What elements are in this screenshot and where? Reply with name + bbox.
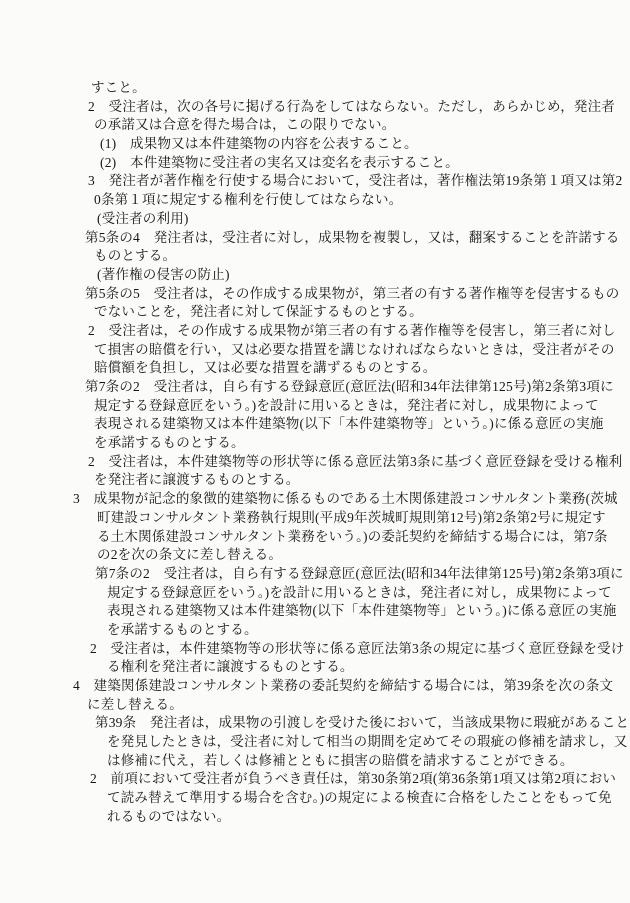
document-line: すこと。 bbox=[0, 79, 630, 98]
document-line: 規定する登録意匠をいう。)を設計に用いるときは，発注者に対し，成果物によって bbox=[0, 584, 630, 603]
document-line: 2 前項において受注者が負うべき責任は，第30条第2項(第36条第1項又は第2項… bbox=[0, 770, 630, 789]
document-line: 2 受注者は，本件建築物等の形状等に係る意匠法第3条に基づく意匠登録を受ける権利 bbox=[0, 453, 630, 472]
document-line: 0条第１項に規定する権利を行使してはならない。 bbox=[0, 191, 630, 210]
document-line: でないことを，発注者に対して保証するものとする。 bbox=[0, 303, 630, 322]
document-line: ものとする。 bbox=[0, 247, 630, 266]
document-line: 第5条の4 発注者は，受注者に対し，成果物を複製し，又は，翻案することを許諾する bbox=[0, 229, 630, 248]
document-line: 表現される建築物又は本件建築物(以下「本件建築物等」という。)に係る意匠の実施 bbox=[0, 415, 630, 434]
document-line: る権利を発注者に譲渡するものとする。 bbox=[0, 658, 630, 677]
document-line: 3 成果物が記念的象徴的建築物に係るものである土木関係建設コンサルタント業務(茨… bbox=[0, 490, 630, 509]
document-line: 第39条 発注者は，成果物の引渡しを受けた後において，当該成果物に瑕疵があること bbox=[0, 714, 630, 733]
document-line: れるものではない。 bbox=[0, 808, 630, 827]
document-text-block: すこと。2 受注者は，次の各号に掲げる行為をしてはならない。ただし，あらかじめ，… bbox=[0, 79, 630, 827]
document-line: の2を次の条文に差し替える。 bbox=[0, 546, 630, 565]
document-line: を発注者に譲渡するものとする。 bbox=[0, 471, 630, 490]
document-line: 2 受注者は，本件建築物等の形状等に係る意匠法第3条の規定に基づく意匠登録を受け bbox=[0, 640, 630, 659]
document-line: 表現される建築物又は本件建築物(以下「本件建築物等」という。)に係る意匠の実施 bbox=[0, 602, 630, 621]
document-line: て損害の賠償を行い，又は必要な措置を講じなければならないときは，受注者がその bbox=[0, 341, 630, 360]
document-line: を発見したときは，受注者に対して相当の期間を定めてその瑕疵の修補を請求し，又 bbox=[0, 733, 630, 752]
document-line: 第7条の2 受注者は，自ら有する登録意匠(意匠法(昭和34年法律第125号)第2… bbox=[0, 378, 630, 397]
document-line: 第7条の2 受注者は，自ら有する登録意匠(意匠法(昭和34年法律第125号)第2… bbox=[0, 565, 630, 584]
document-line: の承諾又は合意を得た場合は，この限りでない。 bbox=[0, 116, 630, 135]
document-line: (2) 本件建築物に受注者の実名又は変名を表示すること。 bbox=[0, 154, 630, 173]
document-line: 賠償額を負担し，又は必要な措置を講ずるものとする。 bbox=[0, 359, 630, 378]
document-line: 2 受注者は，その作成する成果物が第三者の有する著作権等を侵害し，第三者に対し bbox=[0, 322, 630, 341]
document-line: を承諾するものとする。 bbox=[0, 621, 630, 640]
document-line: て読み替えて準用する場合を含む。)の規定による検査に合格をしたことをもって免 bbox=[0, 789, 630, 808]
document-line: 4 建築関係建設コンサルタント業務の委託契約を締結する場合には，第39条を次の条… bbox=[0, 677, 630, 696]
document-line: 規定する登録意匠をいう。)を設計に用いるときは，発注者に対し，成果物によって bbox=[0, 397, 630, 416]
document-line: (1) 成果物又は本件建築物の内容を公表すること。 bbox=[0, 135, 630, 154]
document-line: 2 受注者は，次の各号に掲げる行為をしてはならない。ただし，あらかじめ，発注者 bbox=[0, 98, 630, 117]
document-line: 町建設コンサルタント業務執行規則(平成9年茨城町規則第12号)第2条第2号に規定… bbox=[0, 509, 630, 528]
document-line: (著作権の侵害の防止) bbox=[0, 266, 630, 285]
document-line: は修補に代え，若しくは修補とともに損害の賠償を請求することができる。 bbox=[0, 752, 630, 771]
document-line: (受注者の利用) bbox=[0, 210, 630, 229]
document-page: すこと。2 受注者は，次の各号に掲げる行為をしてはならない。ただし，あらかじめ，… bbox=[0, 0, 630, 903]
document-line: る土木関係建設コンサルタント業務をいう。)の委託契約を締結する場合には，第7条 bbox=[0, 528, 630, 547]
document-line: を承諾するものとする。 bbox=[0, 434, 630, 453]
document-line: に差し替える。 bbox=[0, 696, 630, 715]
document-line: 3 発注者が著作権を行使する場合において，受注者は，著作権法第19条第１項又は第… bbox=[0, 172, 630, 191]
document-line: 第5条の5 受注者は，その作成する成果物が，第三者の有する著作権等を侵害するもの bbox=[0, 285, 630, 304]
